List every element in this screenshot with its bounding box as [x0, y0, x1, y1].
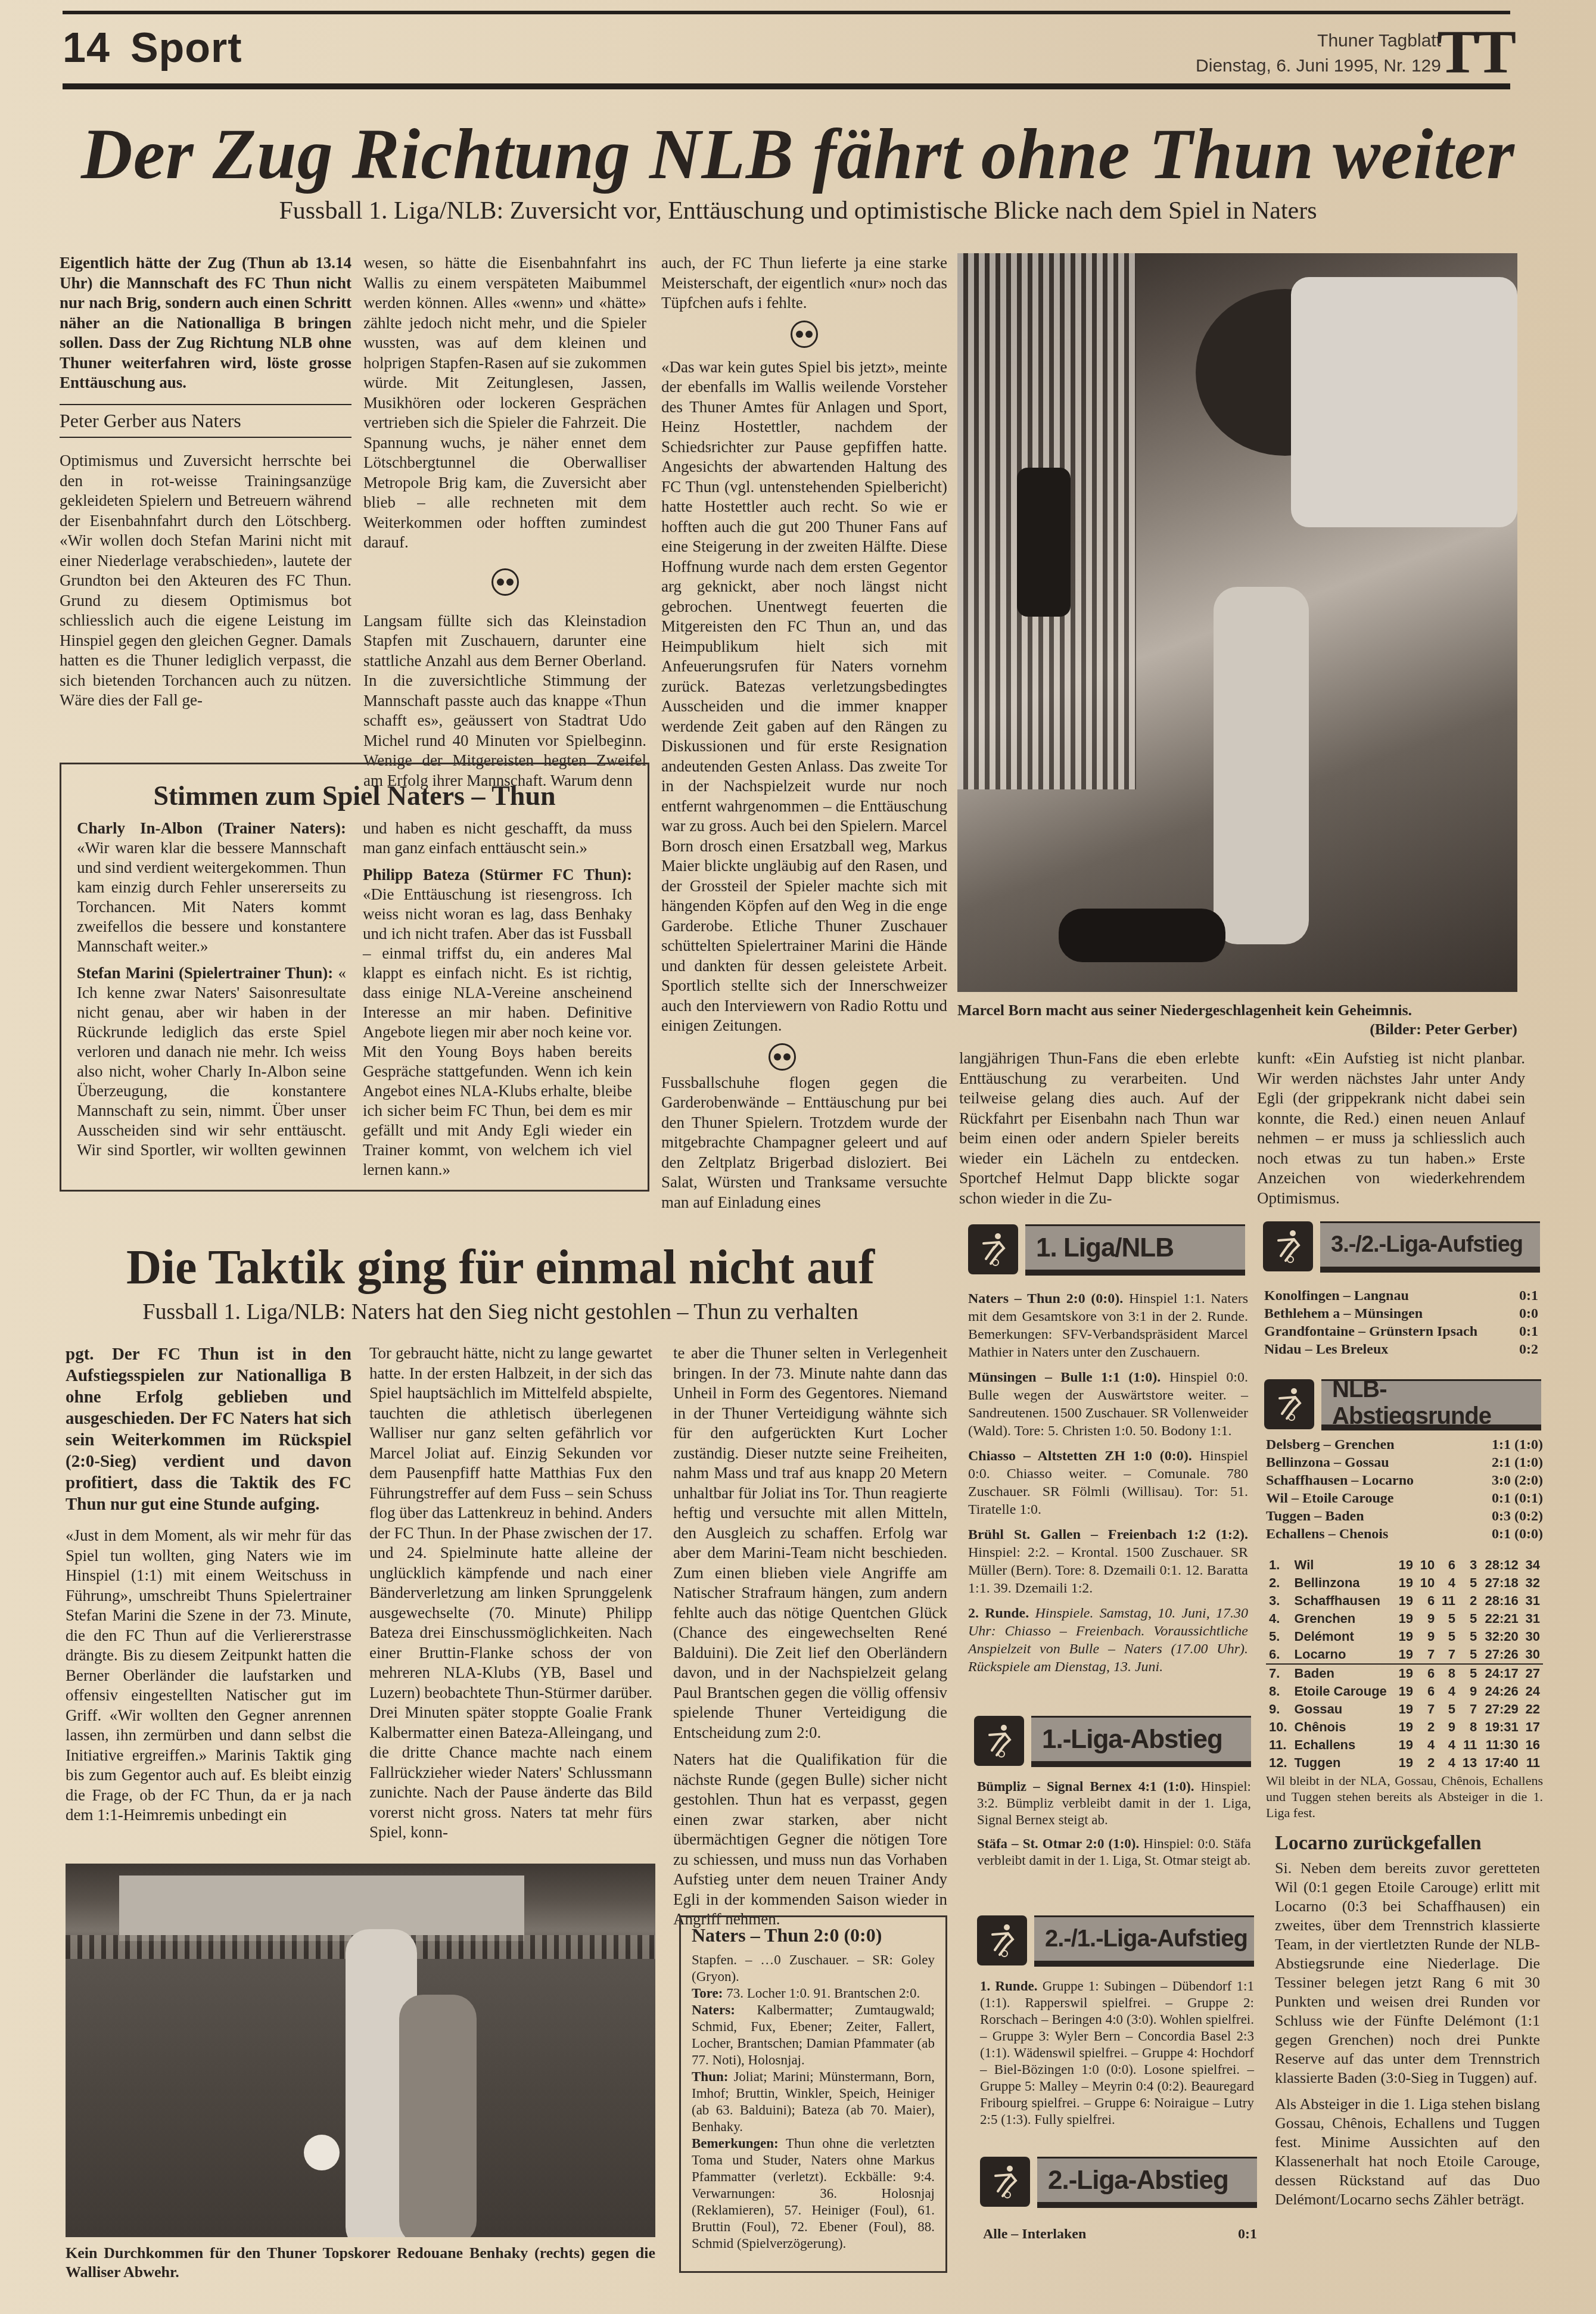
player-leg	[1214, 587, 1309, 944]
match-venue: Stapfen. – …0 Zuschauer. – SR: Goley (Gr…	[692, 1952, 935, 1985]
player-shirt	[1291, 277, 1517, 527]
result-head: Stäfa – St. Otmar 2:0 (1:0).	[977, 1836, 1139, 1851]
standings-team: Locarno	[1292, 1646, 1395, 1664]
result-item: Brühl St. Gallen – Freienbach 1:2 (1:2).…	[968, 1526, 1248, 1597]
speaker-quote: «Die Enttäuschung ist riesengross. Ich w…	[363, 885, 632, 1178]
football-icon	[791, 321, 818, 348]
match-info-box: Naters – Thun 2:0 (0:0) Stapfen. – …0 Zu…	[679, 1915, 947, 2273]
score: 1:1 (1:0)	[1492, 1436, 1543, 1454]
standings-sp: 19	[1395, 1736, 1416, 1754]
standings-goals: 28:16	[1480, 1592, 1522, 1610]
stadium-building	[119, 1876, 524, 1941]
standings-pts: 22	[1522, 1700, 1543, 1718]
liga1-nlb-results: Naters – Thun 2:0 (0:0). Hinspiel 1:1. N…	[968, 1290, 1248, 1683]
footballer-icon	[977, 1915, 1027, 1965]
section-name: Sport	[130, 24, 242, 71]
photo1-caption-text: Marcel Born macht aus seiner Niedergesch…	[957, 1001, 1517, 1020]
result-row: Grandfontaine – Grünstern Ipsach0:1	[1264, 1323, 1538, 1340]
article2-col2: Tor gebraucht hätte, nicht zu lange gewa…	[369, 1343, 652, 1843]
standings-team: Bellinzona	[1292, 1574, 1395, 1592]
nlb-abstieg-results: Delsberg – Grenchen1:1 (1:0) Bellinzona …	[1266, 1436, 1543, 1543]
result-item: Stäfa – St. Otmar 2:0 (1:0). Hinspiel: 0…	[977, 1836, 1251, 1869]
section-header-liga2-abstieg: 2.-Liga-Abstieg	[980, 2157, 1257, 2208]
standings-l: 9	[1458, 1682, 1480, 1700]
standings-pts: 30	[1522, 1646, 1543, 1664]
top-rule	[63, 11, 1510, 14]
article2-subheadline: Fussball 1. Liga/NLB: Naters hat den Sie…	[48, 1299, 953, 1325]
masthead-rule	[63, 83, 1510, 89]
standings-row: 7.Baden1968524:1727	[1266, 1664, 1543, 1682]
standings-sp: 19	[1395, 1592, 1416, 1610]
standings-l: 2	[1458, 1592, 1480, 1610]
section-header-liga2-1-aufstieg: 2.-/1.-Liga-Aufstieg	[977, 1915, 1254, 1967]
standings-row: 11.Echallens19441111:3016	[1266, 1736, 1543, 1754]
article2-col1-body: «Just in dem Moment, als wir mehr für da…	[66, 1526, 351, 1825]
standings-w: 2	[1416, 1718, 1438, 1736]
footballer-icon	[1264, 1379, 1314, 1429]
score: 0:0	[1519, 1305, 1538, 1323]
standings-goals: 22:21	[1480, 1610, 1522, 1628]
standings-goals: 27:18	[1480, 1574, 1522, 1592]
article1-col5: kunft: «Ein Aufstieg ist nicht planbar. …	[1257, 1049, 1525, 1208]
standings-row: 2.Bellinzona19104527:1832	[1266, 1574, 1543, 1592]
standings-w: 7	[1416, 1646, 1438, 1664]
match: Nidau – Les Breleux	[1264, 1340, 1388, 1358]
liga1-abstieg-results: Bümpliz – Signal Bernex 4:1 (1:0). Hinsp…	[977, 1778, 1251, 1876]
standings-w: 9	[1416, 1628, 1438, 1646]
standings-rank: 9.	[1266, 1700, 1292, 1718]
goals-label: Tore:	[692, 1986, 723, 2001]
standings-rank: 11.	[1266, 1736, 1292, 1754]
match: Echallens – Chenois	[1266, 1525, 1388, 1543]
voice-entry: Philipp Bateza (Stürmer FC Thun): «Die E…	[363, 865, 632, 1180]
photo2-caption: Kein Durchkommen für den Thuner Topskore…	[66, 2244, 655, 2282]
section-title: 1.-Liga-Abstieg	[1031, 1716, 1251, 1767]
page-number: 14	[63, 24, 110, 71]
result-row: Tuggen – Baden0:3 (0:2)	[1266, 1507, 1543, 1525]
article2-col3-body-b: Naters hat die Qualifikation für die näc…	[673, 1750, 947, 1930]
standings-row: 10.Chênois1929819:3117	[1266, 1718, 1543, 1736]
standings-team: Echallens	[1292, 1736, 1395, 1754]
result-head: Chiasso – Altstetten ZH 1:0 (0:0).	[968, 1448, 1192, 1464]
standings-l: 3	[1458, 1556, 1480, 1574]
thun-label: Thun:	[692, 2069, 728, 2084]
result-text: Hinspiel: 2:2. – Krontal. 1500 Zuschauer…	[968, 1545, 1248, 1596]
standings-d: 5	[1438, 1610, 1458, 1628]
result-row: Alle – Interlaken0:1	[983, 2225, 1257, 2243]
match: Bethlehem a – Münsingen	[1264, 1305, 1423, 1323]
player-dark-kit	[399, 1995, 477, 2237]
result-row: Bethlehem a – Münsingen0:0	[1264, 1305, 1538, 1323]
result-row: Echallens – Chenois0:1 (0:0)	[1266, 1525, 1543, 1543]
locarno-p2: Als Absteiger in die 1. Liga stehen bisl…	[1275, 2095, 1540, 2209]
result-item: Bümpliz – Signal Bernex 4:1 (1:0). Hinsp…	[977, 1778, 1251, 1828]
standings-rank: 1.	[1266, 1556, 1292, 1574]
footballer-icon	[1263, 1221, 1313, 1271]
standings-goals: 24:26	[1480, 1682, 1522, 1700]
match: Alle – Interlaken	[983, 2225, 1086, 2243]
newspaper-name: Thuner Tagblatt	[1196, 29, 1441, 54]
thun-lineup: Thun: Joliat; Marini; Münstermann, Born,…	[692, 2069, 935, 2135]
standings-d: 9	[1438, 1718, 1458, 1736]
standings-row: 5.Delémont1995532:2030	[1266, 1628, 1543, 1646]
article1-col1: Eigentlich hätte der Zug (Thun ab 13.14 …	[60, 253, 351, 718]
standings-sp: 19	[1395, 1610, 1416, 1628]
standings-l: 5	[1458, 1646, 1480, 1664]
article1-headline: Der Zug Richtung NLB fährt ohne Thun wei…	[0, 113, 1596, 195]
article2-col1: pgt. Der FC Thun ist in den Aufstiegsspi…	[66, 1343, 351, 1833]
standings-pts: 24	[1522, 1682, 1543, 1700]
standings-l: 13	[1458, 1754, 1480, 1772]
standings-rank: 2.	[1266, 1574, 1292, 1592]
byline: Peter Gerber aus Naters	[60, 404, 351, 438]
standings-rank: 4.	[1266, 1610, 1292, 1628]
round-label: 1. Runde.	[980, 1979, 1037, 1993]
standings-d: 4	[1438, 1754, 1458, 1772]
result-row: Delsberg – Grenchen1:1 (1:0)	[1266, 1436, 1543, 1454]
standings-pts: 30	[1522, 1628, 1543, 1646]
score: 0:2	[1519, 1340, 1538, 1358]
result-head: Münsingen – Bulle 1:1 (1:0).	[968, 1370, 1161, 1385]
voices-columns: Charly In-Albon (Trainer Naters): «Wir w…	[77, 819, 632, 1180]
standings-d: 5	[1438, 1700, 1458, 1718]
standings-d: 5	[1438, 1628, 1458, 1646]
football-boot	[1059, 909, 1225, 962]
standings-w: 6	[1416, 1682, 1438, 1700]
article1-col2: wesen, so hätte die Eisenbahnfahrt ins W…	[363, 253, 646, 798]
standings-w: 4	[1416, 1736, 1438, 1754]
nlb-note: Wil bleibt in der NLA, Gossau, Chênois, …	[1266, 1772, 1543, 1821]
locarno-article: Locarno zurückgefallen Si. Neben dem ber…	[1275, 1829, 1540, 2216]
standings-row: 12.Tuggen19241317:4011	[1266, 1754, 1543, 1772]
speaker-name: Charly In-Albon (Trainer Naters):	[77, 819, 346, 837]
standings-l: 5	[1458, 1574, 1480, 1592]
standings-row: 1.Wil19106328:1234	[1266, 1556, 1543, 1574]
locarno-p1: Si. Neben dem bereits zuvor geretteten W…	[1275, 1859, 1540, 2088]
standings-row: 8.Etoile Carouge1964924:2624	[1266, 1682, 1543, 1700]
standings-team: Baden	[1292, 1664, 1395, 1682]
standings-d: 4	[1438, 1736, 1458, 1754]
section-header-liga1-abstieg: 1.-Liga-Abstieg	[974, 1716, 1251, 1767]
match-title: Naters – Thun 2:0 (0:0)	[692, 1927, 935, 1943]
standings-goals: 19:31	[1480, 1718, 1522, 1736]
standings-sp: 19	[1395, 1628, 1416, 1646]
standings-pts: 17	[1522, 1718, 1543, 1736]
standings-pts: 31	[1522, 1592, 1543, 1610]
speaker-name: Philipp Bateza (Stürmer FC Thun):	[363, 866, 632, 884]
standings-l: 5	[1458, 1664, 1480, 1682]
score: 0:1	[1238, 2225, 1257, 2243]
article2-col3-body: te aber die Thuner selten in Verlegenhei…	[673, 1343, 947, 1743]
standings-team: Grenchen	[1292, 1610, 1395, 1628]
standings-l: 8	[1458, 1718, 1480, 1736]
standings-team: Etoile Carouge	[1292, 1682, 1395, 1700]
issue-info: Thuner Tagblatt Dienstag, 6. Juni 1995, …	[1196, 29, 1441, 79]
standings-w: 6	[1416, 1664, 1438, 1682]
remarks-label: Bemerkungen:	[692, 2136, 779, 2151]
result-head: Brühl St. Gallen – Freienbach 1:2 (1:2).	[968, 1527, 1248, 1542]
standings-pts: 27	[1522, 1664, 1543, 1682]
standings-goals: 11:30	[1480, 1736, 1522, 1754]
round-text: Gruppe 1: Subingen – Dübendorf 1:1 (1:1)…	[980, 1979, 1254, 2127]
match: Grandfontaine – Grünstern Ipsach	[1264, 1323, 1477, 1340]
standings-goals: 27:29	[1480, 1700, 1522, 1718]
match-remarks: Bemerkungen: Thun ohne die verletzten To…	[692, 2135, 935, 2252]
article2-col3: te aber die Thuner selten in Verlegenhei…	[673, 1343, 947, 1937]
article1-subheadline: Fussball 1. Liga/NLB: Zuversicht vor, En…	[0, 197, 1596, 225]
standings-sp: 19	[1395, 1646, 1416, 1664]
article2-headline: Die Taktik ging für einmal nicht auf	[48, 1239, 953, 1295]
standings-w: 9	[1416, 1610, 1438, 1628]
naters-lineup: Naters: Kalbermatter; Zumtaugwald; Schmi…	[692, 2002, 935, 2069]
result-item: Naters – Thun 2:0 (0:0). Hinspiel 1:1. N…	[968, 1290, 1248, 1361]
standings-rank: 6.	[1266, 1646, 1292, 1664]
standings-team: Wil	[1292, 1556, 1395, 1574]
football-icon	[491, 568, 519, 596]
score: 2:1 (1:0)	[1492, 1454, 1543, 1472]
footballer-icon	[980, 2157, 1030, 2207]
locarno-title: Locarno zurückgefallen	[1275, 1834, 1540, 1853]
result-item: Chiasso – Altstetten ZH 1:0 (0:0). Hinsp…	[968, 1447, 1248, 1519]
article1-col3-body-c: Fussballschuhe flogen gegen die Garderob…	[661, 1073, 947, 1213]
voice-entry: Charly In-Albon (Trainer Naters): «Wir w…	[77, 819, 346, 956]
standings-rank: 12.	[1266, 1754, 1292, 1772]
standings-d: 4	[1438, 1682, 1458, 1700]
standings-row: 9.Gossau1975727:2922	[1266, 1700, 1543, 1718]
newspaper-logo: TT	[1437, 23, 1513, 82]
ball	[304, 2135, 340, 2170]
remarks-text: Thun ohne die verletzten Toma und Studer…	[692, 2136, 935, 2251]
speaker-quote: «Wir waren klar die bessere Mannschaft u…	[77, 839, 346, 955]
score: 0:3 (0:2)	[1492, 1507, 1543, 1525]
football-icon	[769, 1043, 796, 1071]
result-row: Wil – Etoile Carouge0:1 (0:1)	[1266, 1489, 1543, 1507]
photo-credit: (Bilder: Peter Gerber)	[957, 1020, 1517, 1039]
standings-d: 7	[1438, 1646, 1458, 1664]
standings-l: 5	[1458, 1628, 1480, 1646]
result-item: Münsingen – Bulle 1:1 (1:0). Hinspiel 0:…	[968, 1369, 1248, 1440]
section-header-nlb-abstieg: NLB-Abstiegsrunde	[1264, 1379, 1541, 1430]
goals-text: 73. Locher 1:0. 91. Brantschen 2:0.	[726, 1986, 920, 2001]
standings-team: Tuggen	[1292, 1754, 1395, 1772]
standings-row: 4.Grenchen1995522:2131	[1266, 1610, 1543, 1628]
result-row: Konolfingen – Langnau0:1	[1264, 1287, 1538, 1305]
match: Bellinzona – Gossau	[1266, 1454, 1389, 1472]
photo-benhaky	[66, 1864, 655, 2237]
result-head: 2. Runde.	[968, 1606, 1029, 1621]
article1-col3-body-a: auch, der FC Thun lieferte ja eine stark…	[661, 253, 947, 313]
footballer-icon	[974, 1716, 1024, 1766]
voices-box: Stimmen zum Spiel Naters – Thun Charly I…	[60, 763, 649, 1192]
thun-text: Joliat; Marini; Münstermann, Born, Imhof…	[692, 2069, 935, 2134]
standings-sp: 19	[1395, 1700, 1416, 1718]
match-goals: Tore: 73. Locher 1:0. 91. Brantschen 2:0…	[692, 1985, 935, 2002]
match: Delsberg – Grenchen	[1266, 1436, 1395, 1454]
match: Schaffhausen – Locarno	[1266, 1472, 1414, 1489]
standings-l: 5	[1458, 1610, 1480, 1628]
standings-goals: 27:26	[1480, 1646, 1522, 1664]
standings-goals: 17:40	[1480, 1754, 1522, 1772]
standings-pts: 34	[1522, 1556, 1543, 1574]
voices-title: Stimmen zum Spiel Naters – Thun	[77, 780, 632, 811]
photo-marcel-born	[957, 253, 1517, 992]
standings-row: 6.Locarno1977527:2630	[1266, 1646, 1543, 1664]
article1-lead: Eigentlich hätte der Zug (Thun ab 13.14 …	[60, 253, 351, 393]
standings-row: 3.Schaffhausen19611228:1631	[1266, 1592, 1543, 1610]
article2-lead: pgt. Der FC Thun ist in den Aufstiegsspi…	[66, 1343, 351, 1515]
score: 0:1 (0:0)	[1492, 1525, 1543, 1543]
standings-d: 4	[1438, 1574, 1458, 1592]
score: 3:0 (2:0)	[1492, 1472, 1543, 1489]
section-title: 3.-/2.-Liga-Aufstieg	[1320, 1221, 1540, 1273]
score: 0:1	[1519, 1323, 1538, 1340]
standings-pts: 11	[1522, 1754, 1543, 1772]
score: 0:1 (0:1)	[1492, 1489, 1543, 1507]
naters-label: Naters:	[692, 2002, 735, 2017]
footballer-icon	[968, 1224, 1018, 1274]
standings-l: 11	[1458, 1736, 1480, 1754]
article1-col3: auch, der FC Thun lieferte ja eine stark…	[661, 253, 947, 1220]
article1-col4: langjährigen Thun-Fans die eben erlebte …	[959, 1049, 1239, 1208]
standings-w: 7	[1416, 1700, 1438, 1718]
liga2-abstieg-results: Alle – Interlaken0:1	[983, 2225, 1257, 2243]
section-title: NLB-Abstiegsrunde	[1321, 1379, 1541, 1430]
result-head: Naters – Thun 2:0 (0:0).	[968, 1291, 1123, 1307]
standings-team: Chênois	[1292, 1718, 1395, 1736]
standings-pts: 32	[1522, 1574, 1543, 1592]
article1-col1-body: Optimismus und Zuversicht herrschte bei …	[60, 451, 351, 711]
water-bottle	[1017, 468, 1071, 617]
standings-w: 6	[1416, 1592, 1438, 1610]
result-row: Nidau – Les Breleux0:2	[1264, 1340, 1538, 1358]
standings-rank: 3.	[1266, 1592, 1292, 1610]
standings-team: Schaffhausen	[1292, 1592, 1395, 1610]
result-row: Schaffhausen – Locarno3:0 (2:0)	[1266, 1472, 1543, 1489]
standings-sp: 19	[1395, 1754, 1416, 1772]
standings-rank: 5.	[1266, 1628, 1292, 1646]
standings-pts: 31	[1522, 1610, 1543, 1628]
speaker-name: Stefan Marini (Spielertrainer Thun):	[77, 964, 333, 982]
section-header-liga3-2-aufstieg: 3.-/2.-Liga-Aufstieg	[1263, 1221, 1540, 1273]
match: Tuggen – Baden	[1266, 1507, 1364, 1525]
standings-d: 8	[1438, 1664, 1458, 1682]
standings-goals: 28:12	[1480, 1556, 1522, 1574]
article1-col3-body-b: «Das war kein gutes Spiel bis jetzt», me…	[661, 357, 947, 1036]
standings-table: 1.Wil19106328:12342.Bellinzona19104527:1…	[1266, 1556, 1543, 1772]
match: Wil – Etoile Carouge	[1266, 1489, 1393, 1507]
standings-sp: 19	[1395, 1556, 1416, 1574]
result-row: Bellinzona – Gossau2:1 (1:0)	[1266, 1454, 1543, 1472]
standings-rank: 7.	[1266, 1664, 1292, 1682]
page-section-header: 14Sport	[63, 24, 263, 71]
standings-rank: 8.	[1266, 1682, 1292, 1700]
standings-w: 2	[1416, 1754, 1438, 1772]
standings-team: Gossau	[1292, 1700, 1395, 1718]
standings-pts: 16	[1522, 1736, 1543, 1754]
standings-goals: 32:20	[1480, 1628, 1522, 1646]
liga3-2-results: Konolfingen – Langnau0:1 Bethlehem a – M…	[1264, 1287, 1538, 1358]
section-header-liga1-nlb: 1. Liga/NLB	[968, 1224, 1245, 1276]
match: Konolfingen – Langnau	[1264, 1287, 1409, 1305]
standings-team: Delémont	[1292, 1628, 1395, 1646]
section-title: 2.-Liga-Abstieg	[1037, 2157, 1257, 2208]
standings-goals: 24:17	[1480, 1664, 1522, 1682]
standings-d: 11	[1438, 1592, 1458, 1610]
issue-date: Dienstag, 6. Juni 1995, Nr. 129	[1196, 54, 1441, 79]
section-title: 2.-/1.-Liga-Aufstieg	[1034, 1915, 1254, 1967]
result-item: 2. Runde. Hinspiele. Samstag, 10. Juni, …	[968, 1604, 1248, 1676]
standings-w: 10	[1416, 1574, 1438, 1592]
section-title: 1. Liga/NLB	[1025, 1224, 1245, 1276]
standings-sp: 19	[1395, 1574, 1416, 1592]
photo1-caption: Marcel Born macht aus seiner Niedergesch…	[957, 1001, 1517, 1039]
score: 0:1	[1519, 1287, 1538, 1305]
newspaper-page: 14Sport Thuner Tagblatt Dienstag, 6. Jun…	[0, 0, 1596, 2314]
standings-sp: 19	[1395, 1682, 1416, 1700]
standings-rank: 10.	[1266, 1718, 1292, 1736]
standings-l: 7	[1458, 1700, 1480, 1718]
standings-sp: 19	[1395, 1718, 1416, 1736]
liga2-1-aufstieg-results: 1. Runde. Gruppe 1: Subingen – Dübendorf…	[980, 1978, 1254, 2128]
standings-d: 6	[1438, 1556, 1458, 1574]
article1-col2-body-a: wesen, so hätte die Eisenbahnfahrt ins W…	[363, 253, 646, 553]
standings-sp: 19	[1395, 1664, 1416, 1682]
result-head: Bümpliz – Signal Bernex 4:1 (1:0).	[977, 1779, 1194, 1794]
standings-w: 10	[1416, 1556, 1438, 1574]
